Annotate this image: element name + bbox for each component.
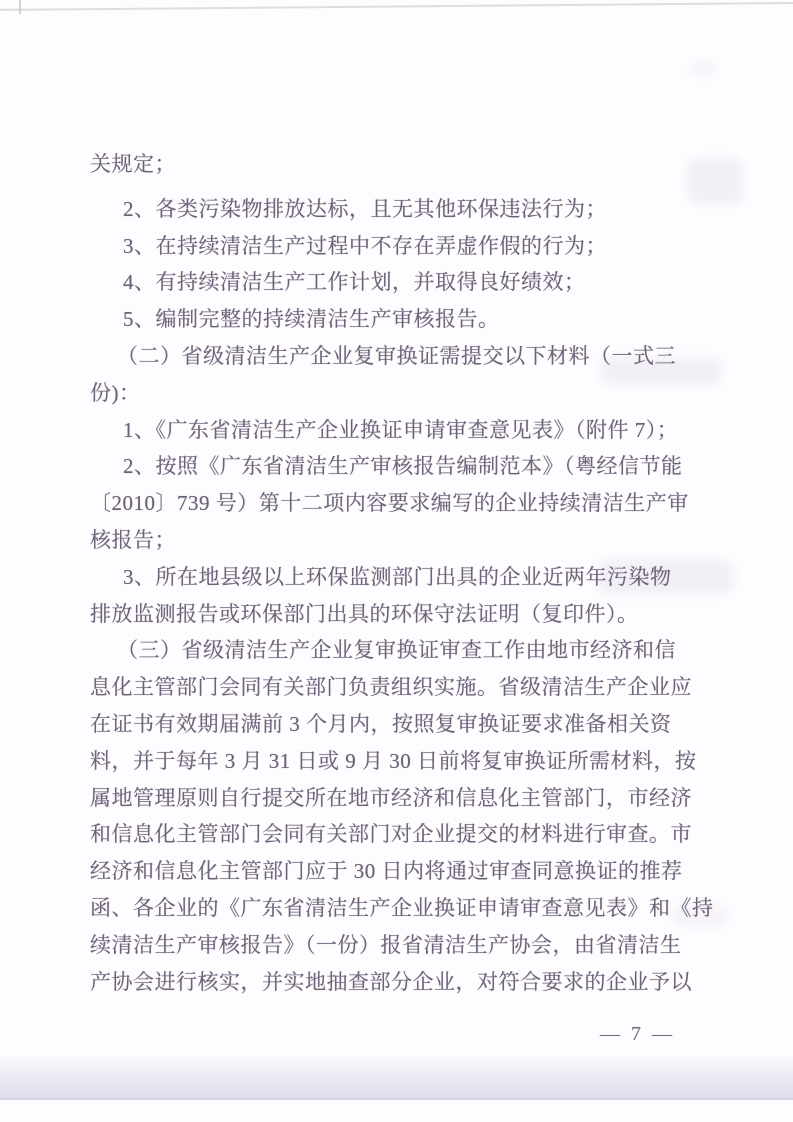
document-line: 2、按照《广东省清洁生产审核报告编制范本》（粤经信节能 <box>90 448 715 485</box>
document-line: 排放监测报告或环保部门出具的环保守法证明（复印件）。 <box>90 596 715 633</box>
document-line: 息化主管部门会同有关部门负责组织实施。省级清洁生产企业应 <box>90 669 715 706</box>
document-line: 3、在持续清洁生产过程中不存在弄虚作假的行为； <box>90 228 715 265</box>
document-page: 关规定；2、各类污染物排放达标，且无其他环保违法行为；3、在持续清洁生产过程中不… <box>0 0 793 1122</box>
scan-edge-top-line <box>0 2 793 11</box>
document-line: 在证书有效期届满前 3 个月内，按照复审换证要求准备相关资 <box>90 706 715 743</box>
document-line: 产协会进行核实，并实地抽查部分企业，对符合要求的企业予以 <box>90 964 715 1001</box>
document-line: 3、所在地县级以上环保监测部门出具的企业近两年污染物 <box>90 559 715 596</box>
document-line: 〔2010〕739 号）第十二项内容要求编写的企业持续清洁生产审 <box>90 485 715 522</box>
scan-shadow-bottom <box>0 1054 793 1099</box>
document-line: 料，并于每年 3 月 31 日或 9 月 30 日前将复审换证所需材料，按 <box>90 743 715 780</box>
scan-edge-bottom-line <box>0 1098 793 1100</box>
bleed-through-ghost <box>690 62 716 76</box>
scan-edge-left-tick <box>19 0 21 14</box>
document-line: 和信息化主管部门会同有关部门对企业提交的材料进行审查。市 <box>90 816 715 853</box>
document-line: 5、编制完整的持续清洁生产审核报告。 <box>90 301 715 338</box>
document-line: 份)： <box>90 375 715 412</box>
document-line: 2、各类污染物排放达标，且无其他环保违法行为； <box>90 191 715 228</box>
document-line: 续清洁生产审核报告》（一份）报省清洁生产协会，由省清洁生 <box>90 927 715 964</box>
document-line: 属地管理原则自行提交所在地市经济和信息化主管部门，市经济 <box>90 780 715 817</box>
document-line: 经济和信息化主管部门应于 30 日内将通过审查同意换证的推荐 <box>90 853 715 890</box>
document-line: 4、有持续清洁生产工作计划，并取得良好绩效； <box>90 264 715 301</box>
document-text-block: 关规定；2、各类污染物排放达标，且无其他环保违法行为；3、在持续清洁生产过程中不… <box>90 146 715 1000</box>
document-line: （二）省级清洁生产企业复审换证需提交以下材料（一式三 <box>90 338 715 375</box>
page-number: — 7 — <box>600 1022 690 1046</box>
document-line: 1、《广东省清洁生产企业换证申请审查意见表》（附件 7）； <box>90 412 715 449</box>
document-line: （三）省级清洁生产企业复审换证审查工作由地市经济和信 <box>90 632 715 669</box>
document-line: 关规定； <box>90 146 715 183</box>
document-line: 核报告； <box>90 522 715 559</box>
document-line: 函、各企业的《广东省清洁生产企业换证申请审查意见表》和《持 <box>90 890 715 927</box>
